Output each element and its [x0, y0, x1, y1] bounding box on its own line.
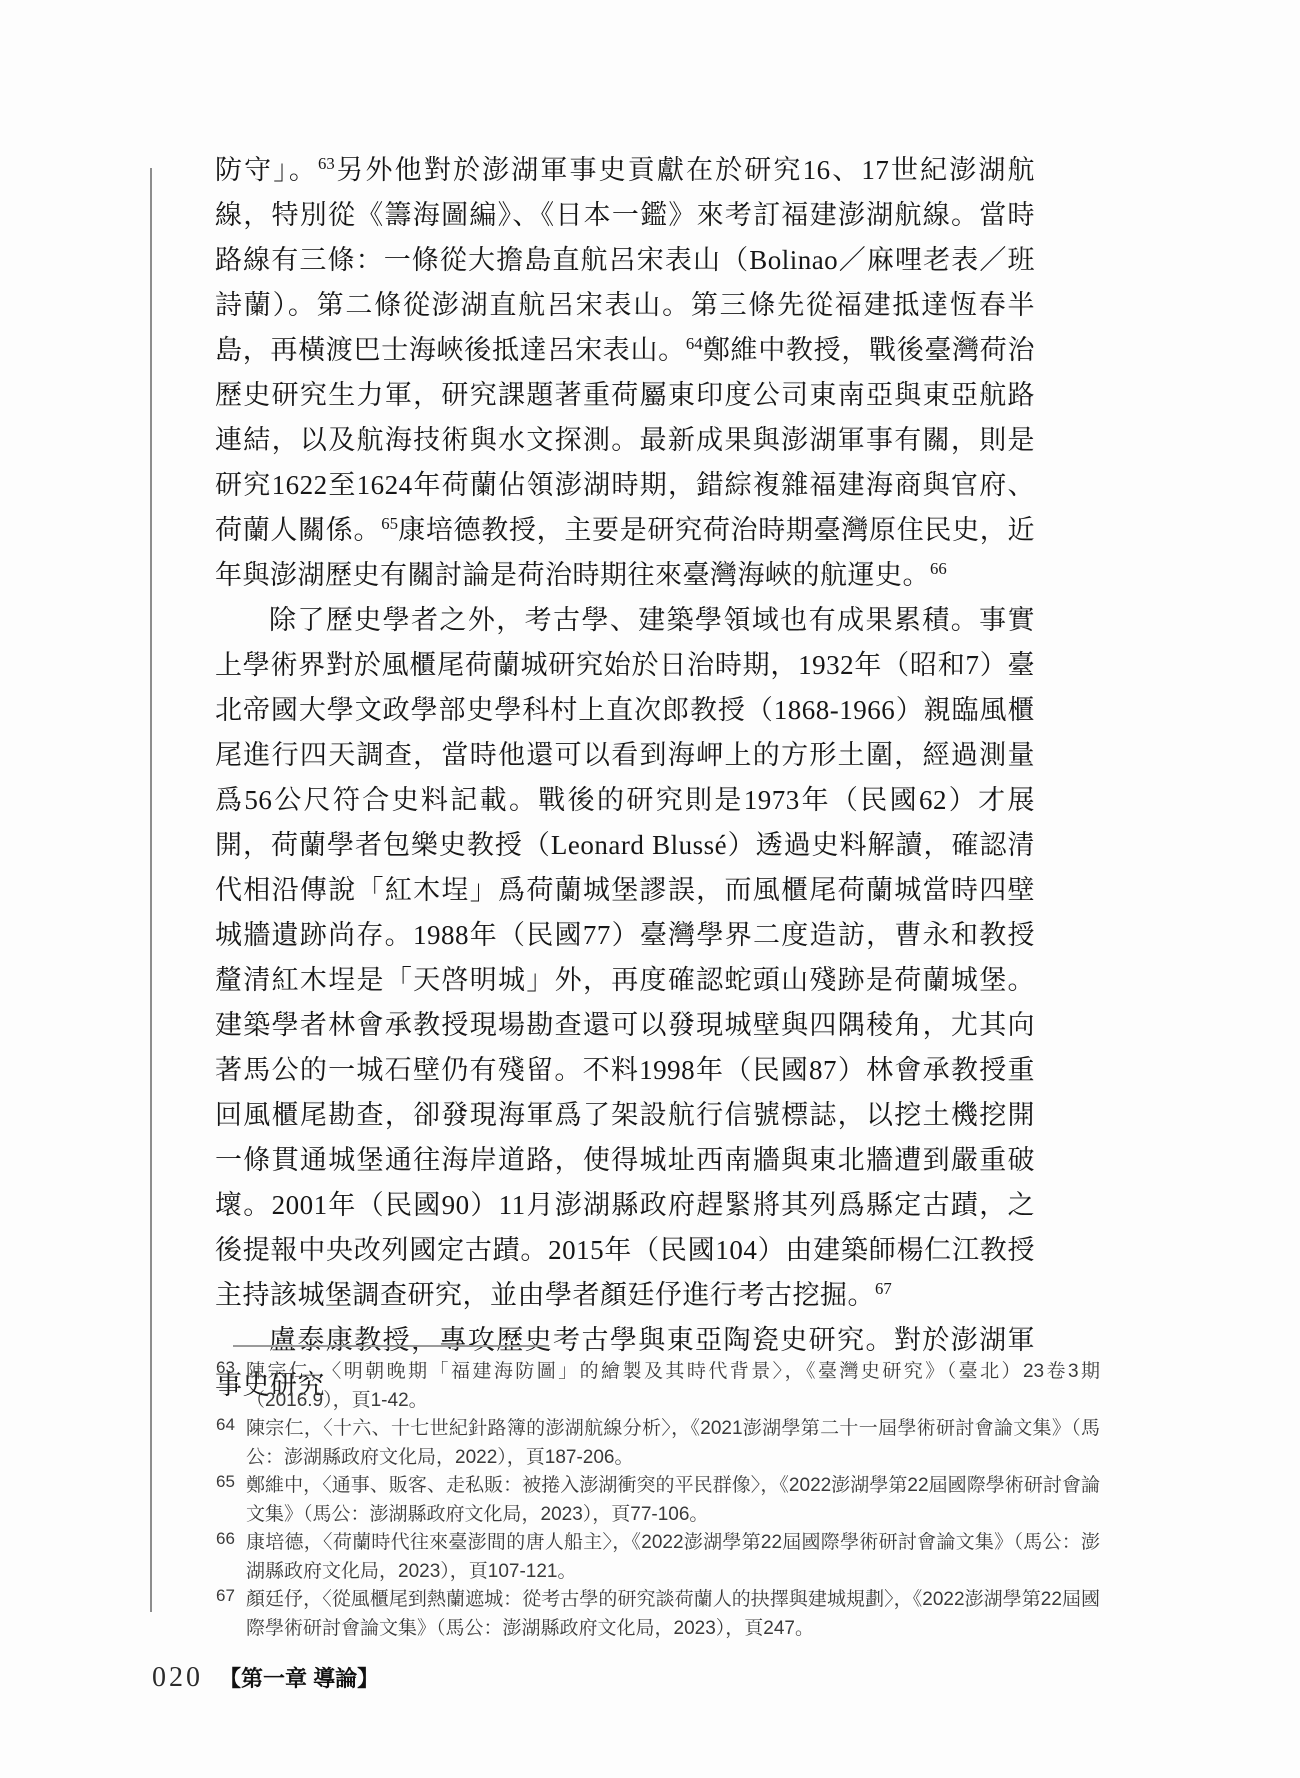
footnote-item: 65鄭維中，〈通事、販客、走私販：被捲入澎湖衝突的平民群像〉，《2022澎湖學第… [216, 1472, 1100, 1529]
footnotes-section: 63陳宗仁，〈明朝晚期「福建海防圖」的繪製及其時代背景〉，《臺灣史研究》（臺北）… [216, 1358, 1100, 1643]
footnote-item: 64陳宗仁，〈十六、十七世紀針路簿的澎湖航線分析〉，《2021澎湖學第二十一屆學… [216, 1415, 1100, 1472]
document-page: 防守」。63另外他對於澎湖軍事史貢獻在於研究16、17世紀澎湖航線，特別從《籌海… [0, 0, 1300, 1778]
footnote-number: 63 [216, 1354, 235, 1383]
footnote-ref: 66 [930, 559, 947, 578]
left-margin-line [150, 168, 152, 1612]
footnote-number: 65 [216, 1468, 235, 1497]
chapter-label: 【第一章 導論】 [219, 1662, 379, 1693]
footnote-text: 鄭維中，〈通事、販客、走私販：被捲入澎湖衝突的平民群像〉，《2022澎湖學第22… [246, 1475, 1100, 1525]
footnote-text: 陳宗仁，〈明朝晚期「福建海防圖」的繪製及其時代背景〉，《臺灣史研究》（臺北）23… [246, 1361, 1100, 1411]
footnote-number: 64 [216, 1411, 235, 1440]
body-text: 防守」。63另外他對於澎湖軍事史貢獻在於研究16、17世紀澎湖航線，特別從《籌海… [215, 148, 1035, 1408]
paragraph: 防守」。63另外他對於澎湖軍事史貢獻在於研究16、17世紀澎湖航線，特別從《籌海… [215, 148, 1035, 598]
footnote-number: 67 [216, 1582, 235, 1611]
footnote-ref: 64 [686, 334, 703, 353]
footnote-ref: 67 [875, 1279, 892, 1298]
footnote-text: 康培德，〈荷蘭時代往來臺澎間的唐人船主〉，《2022澎湖學第22屆國際學術研討會… [246, 1532, 1100, 1582]
footnote-text: 顏廷伃，〈從風櫃尾到熱蘭遮城：從考古學的研究談荷蘭人的抉擇與建城規劃〉，《202… [246, 1589, 1100, 1639]
footnote-ref: 65 [381, 514, 398, 533]
page-number: 020 [152, 1662, 203, 1694]
footnote-item: 66康培德，〈荷蘭時代往來臺澎間的唐人船主〉，《2022澎湖學第22屆國際學術研… [216, 1529, 1100, 1586]
footnote-text: 陳宗仁，〈十六、十七世紀針路簿的澎湖航線分析〉，《2021澎湖學第二十一屆學術研… [246, 1418, 1100, 1468]
page-footer: 020 【第一章 導論】 [152, 1662, 379, 1694]
footnote-item: 63陳宗仁，〈明朝晚期「福建海防圖」的繪製及其時代背景〉，《臺灣史研究》（臺北）… [216, 1358, 1100, 1415]
footnote-item: 67顏廷伃，〈從風櫃尾到熱蘭遮城：從考古學的研究談荷蘭人的抉擇與建城規劃〉，《2… [216, 1586, 1100, 1643]
footnote-separator [233, 1345, 549, 1347]
footnote-number: 66 [216, 1525, 235, 1554]
paragraph: 除了歷史學者之外，考古學、建築學領域也有成果累積。事實上學術界對於風櫃尾荷蘭城研… [215, 598, 1035, 1318]
footnote-ref: 63 [318, 154, 335, 173]
